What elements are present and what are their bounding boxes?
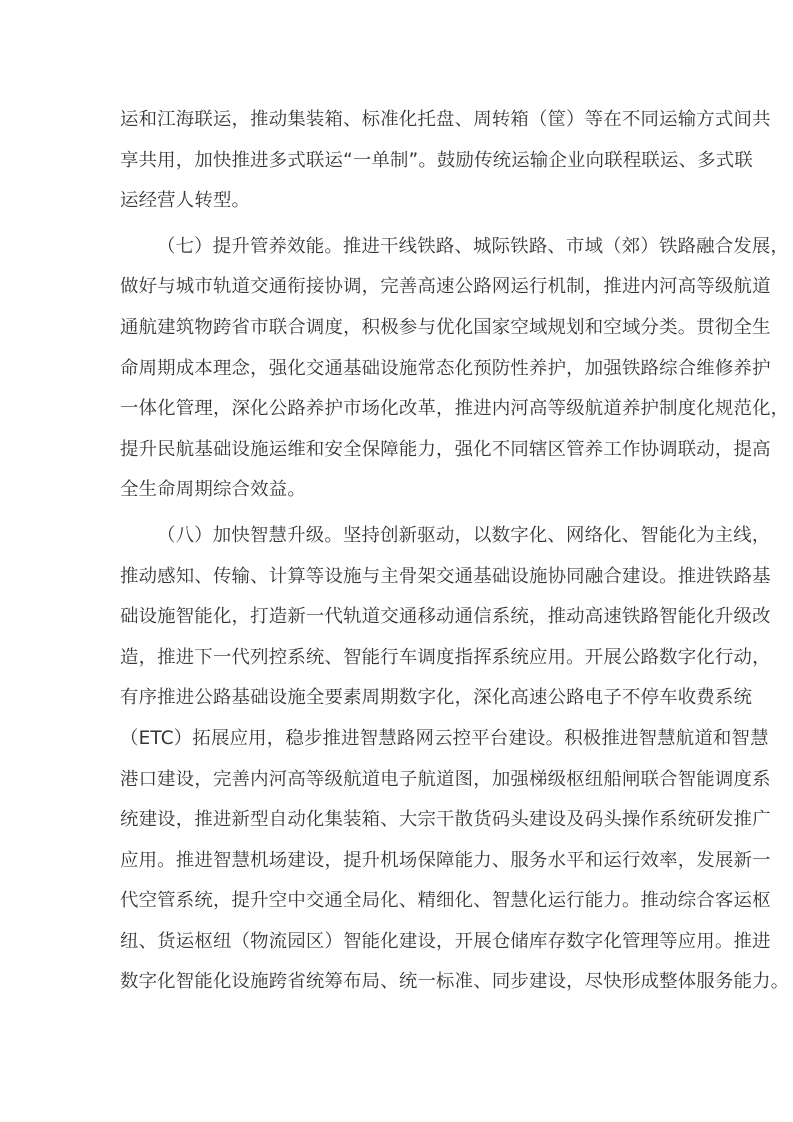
text-line: 通航建筑物跨省市联合调度，积极参与优化国家空域规划和空域分类。贯彻全生 bbox=[120, 308, 676, 349]
text-line: 推动感知、传输、计算等设施与主骨架交通基础设施协同融合建设。推进铁路基 bbox=[120, 557, 676, 598]
text-line: 有序推进公路基础设施全要素周期数字化，深化高速公路电子不停车收费系统 bbox=[120, 678, 676, 719]
text-line: 命周期成本理念，强化交通基础设施常态化预防性养护，加强铁路综合维修养护 bbox=[120, 349, 676, 390]
paragraph-section-7: （七）提升管养效能。推进干线铁路、城际铁路、市域（郊）铁路融合发展， 做好与城市… bbox=[120, 227, 676, 511]
text-line: 一体化管理，深化公路养护市场化改革，推进内河高等级航道养护制度化规范化， bbox=[120, 389, 676, 430]
paragraph-continuation: 运和江海联运，推动集装箱、标准化托盘、周转箱（筐）等在不同运输方式间共 享共用，… bbox=[120, 100, 676, 222]
text-line: 造，推进下一代列控系统、智能行车调度指挥系统应用。开展公路数字化行动， bbox=[120, 638, 676, 679]
text-line: 全生命周期综合效益。 bbox=[120, 470, 676, 511]
text-line: 提升民航基础设施运维和安全保障能力，强化不同辖区管养工作协调联动，提高 bbox=[120, 430, 676, 471]
text-line: 代空管系统，提升空中交通全局化、精细化、智慧化运行能力。推动综合客运枢 bbox=[120, 881, 676, 922]
text-line: 享共用，加快推进多式联运“一单制”。鼓励传统运输企业向联程联运、多式联 bbox=[120, 141, 676, 182]
text-line: 港口建设，完善内河高等级航道电子航道图，加强梯级枢纽船闸联合智能调度系 bbox=[120, 760, 676, 801]
text-line: （ETC）拓展应用，稳步推进智慧路网云控平台建设。积极推进智慧航道和智慧 bbox=[120, 719, 676, 760]
paragraph-section-8: （八）加快智慧升级。坚持创新驱动，以数字化、网络化、智能化为主线， 推动感知、传… bbox=[120, 516, 676, 1003]
text-line: 应用。推进智慧机场建设，提升机场保障能力、服务水平和运行效率，发展新一 bbox=[120, 841, 676, 882]
section-heading-line: （八）加快智慧升级。坚持创新驱动，以数字化、网络化、智能化为主线， bbox=[120, 516, 676, 557]
text-line: 运经营人转型。 bbox=[120, 181, 676, 222]
text-line: 统建设，推进新型自动化集装箱、大宗干散货码头建设及码头操作系统研发推广 bbox=[120, 800, 676, 841]
text-line: 础设施智能化，打造新一代轨道交通移动通信系统，推动高速铁路智能化升级改 bbox=[120, 597, 676, 638]
document-page: 运和江海联运，推动集装箱、标准化托盘、周转箱（筐）等在不同运输方式间共 享共用，… bbox=[120, 100, 676, 1008]
text-line: 做好与城市轨道交通衔接协调，完善高速公路网运行机制，推进内河高等级航道 bbox=[120, 267, 676, 308]
text-line: 纽、货运枢纽（物流园区）智能化建设，开展仓储库存数字化管理等应用。推进 bbox=[120, 922, 676, 963]
section-heading-line: （七）提升管养效能。推进干线铁路、城际铁路、市域（郊）铁路融合发展， bbox=[120, 227, 676, 268]
text-line: 数字化智能化设施跨省统筹布局、统一标准、同步建设，尽快形成整体服务能力。 bbox=[120, 962, 676, 1003]
text-line: 运和江海联运，推动集装箱、标准化托盘、周转箱（筐）等在不同运输方式间共 bbox=[120, 100, 676, 141]
